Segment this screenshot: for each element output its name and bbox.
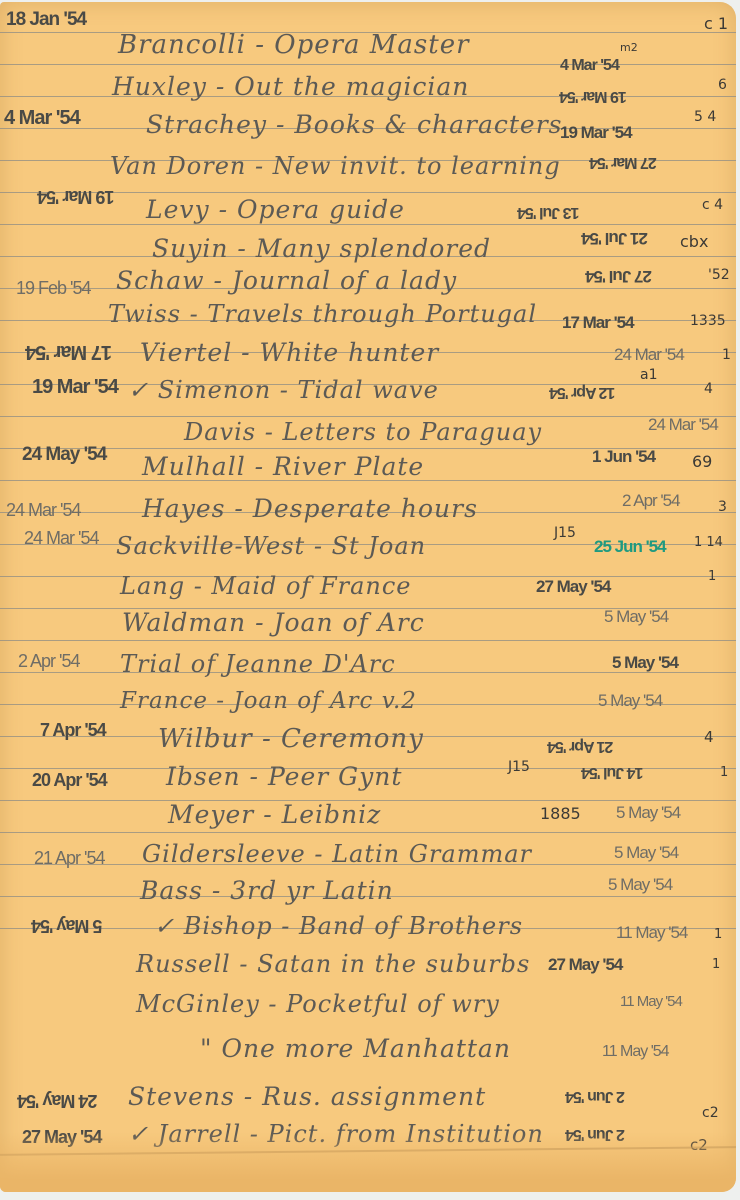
date-stamp: 25 Jun '54 — [594, 538, 666, 555]
ruled-line — [0, 640, 736, 641]
margin-note: 1 — [714, 928, 722, 941]
book-entry: Viertel - White hunter — [140, 340, 439, 365]
book-entry: Trial of Jeanne D'Arc — [120, 652, 396, 676]
date-stamp: 5 May '54 — [616, 804, 680, 821]
margin-note: 1 — [722, 348, 731, 362]
date-stamp: 11 May '54 — [616, 924, 687, 941]
book-entry: Russell - Satan in the suburbs — [136, 952, 530, 976]
date-stamp: 4 Mar '54 — [4, 108, 80, 128]
margin-note: cbx — [680, 234, 708, 250]
book-entry: Van Doren - New invit. to learning — [110, 154, 561, 178]
book-entry: Schaw - Journal of a lady — [116, 268, 457, 293]
date-stamp: 5 May '54 — [598, 692, 662, 709]
book-entry: Suyin - Many splendored — [152, 236, 491, 261]
date-stamp: 17 Mar '54 — [26, 342, 112, 362]
margin-note: c 1 — [704, 16, 728, 32]
book-entry: Gildersleeve - Latin Grammar — [142, 842, 532, 866]
margin-note: 1 14 — [694, 536, 723, 549]
date-stamp: 27 May '54 — [548, 956, 622, 973]
ruled-line — [0, 832, 736, 833]
book-entry: Ibsen - Peer Gynt — [166, 764, 402, 789]
date-stamp: 18 Jan '54 — [6, 10, 86, 29]
date-stamp: 24 Mar '54 — [24, 529, 98, 547]
date-stamp: 1 Jun '54 — [592, 448, 655, 465]
date-stamp: 11 May '54 — [602, 1044, 669, 1060]
margin-note: 5 4 — [694, 110, 716, 124]
margin-note: a1 — [640, 368, 658, 382]
book-entry: Wilbur - Ceremony — [158, 726, 424, 752]
date-stamp: 24 Mar '54 — [648, 416, 718, 433]
margin-note: 1 — [720, 766, 728, 779]
date-stamp: 27 May '54 — [536, 578, 610, 595]
date-stamp: 24 Mar '54 — [614, 346, 684, 363]
date-stamp: 12 Apr '54 — [550, 384, 615, 400]
margin-note: 1885 — [540, 806, 581, 822]
date-stamp: 21 Apr '54 — [34, 849, 105, 867]
date-stamp: 24 May '54 — [18, 1092, 97, 1110]
margin-note: 1 — [708, 570, 716, 583]
margin-note: 1 — [712, 958, 720, 971]
book-entry: McGinley - Pocketful of wry — [136, 992, 500, 1016]
date-stamp: 27 Jul '54 — [586, 268, 652, 285]
date-stamp: 19 Feb '54 — [16, 279, 91, 297]
margin-note: c 4 — [702, 198, 723, 212]
book-entry: France - Joan of Arc v.2 — [120, 690, 417, 713]
book-entry: Hayes - Desperate hours — [142, 496, 478, 521]
margin-note: J15 — [508, 760, 530, 774]
torn-edge — [0, 1146, 736, 1156]
margin-note: '52 — [708, 268, 730, 282]
date-stamp: 19 Mar '54 — [32, 377, 118, 397]
margin-note: 1335 — [690, 314, 726, 328]
date-stamp: 24 May '54 — [22, 445, 106, 464]
margin-note: J15 — [554, 526, 576, 540]
date-stamp: 5 May '54 — [604, 608, 668, 625]
date-stamp: 20 Apr '54 — [32, 771, 107, 789]
date-stamp: 19 Mar '54 — [560, 88, 627, 104]
margin-note: 69 — [692, 454, 712, 470]
book-entry: ✓ Bishop - Band of Brothers — [154, 914, 523, 938]
date-stamp: 21 Jul '54 — [582, 230, 648, 247]
book-entry: " One more Manhattan — [200, 1036, 511, 1061]
book-entry: Lang - Maid of France — [120, 574, 411, 598]
margin-note: 6 — [718, 78, 727, 92]
date-stamp: 19 Mar '54 — [38, 188, 114, 206]
book-entry: Stevens - Rus. assignment — [128, 1084, 486, 1109]
book-entry: Mulhall - River Plate — [142, 454, 424, 479]
date-stamp: 7 Apr '54 — [40, 721, 106, 739]
book-entry: Davis - Letters to Paraguay — [184, 420, 542, 444]
date-stamp: 17 Mar '54 — [562, 314, 634, 331]
date-stamp: 19 Mar '54 — [560, 124, 632, 141]
book-entry: ✓ Simenon - Tidal wave — [128, 378, 439, 402]
book-entry: Levy - Opera guide — [146, 197, 405, 222]
ruled-line — [0, 416, 736, 417]
date-stamp: 21 Apr '54 — [548, 738, 613, 754]
margin-note: m2 — [620, 42, 638, 53]
book-entry: Waldman - Joan of Arc — [122, 610, 425, 635]
margin-note: 4 — [704, 730, 714, 745]
book-entry: Sackville-West - St Joan — [116, 534, 426, 558]
date-stamp: 14 Jul '54 — [582, 764, 643, 780]
date-stamp: 24 Mar '54 — [6, 501, 80, 519]
book-entry: Strachey - Books & characters — [146, 112, 562, 137]
margin-note: 3 — [718, 500, 727, 514]
book-entry: Meyer - Leibniz — [168, 802, 381, 827]
date-stamp: 27 Mar '54 — [590, 154, 657, 170]
date-stamp: 2 Apr '54 — [622, 492, 680, 509]
date-stamp: 2 Jun '54 — [566, 1126, 625, 1142]
date-stamp: 11 May '54 — [620, 994, 682, 1009]
book-entry: Twiss - Travels through Portugal — [108, 302, 537, 326]
date-stamp: 5 May '54 — [614, 844, 678, 861]
ruled-line — [0, 64, 736, 65]
ruled-line — [0, 224, 736, 225]
date-stamp: 13 Jul '54 — [518, 204, 579, 220]
date-stamp: 27 May '54 — [22, 1128, 101, 1146]
date-stamp: 5 May '54 — [608, 876, 672, 893]
book-entry: Brancolli - Opera Master — [118, 32, 470, 58]
date-stamp: 5 May '54 — [612, 654, 678, 671]
book-entry: Bass - 3rd yr Latin — [140, 878, 394, 903]
book-entry: ✓ Jarrell - Pict. from Institution — [128, 1122, 544, 1146]
margin-note: 4 — [704, 382, 713, 396]
date-stamp: 4 Mar '54 — [560, 58, 619, 74]
date-stamp: 2 Apr '54 — [18, 652, 80, 670]
book-entry: Huxley - Out the magician — [112, 74, 469, 99]
date-stamp: 2 Jun '54 — [566, 1088, 625, 1104]
margin-note: c2 — [702, 1106, 719, 1120]
library-card: 18 Jan '544 Mar '5419 Mar '5419 Feb '541… — [0, 2, 736, 1192]
date-stamp: 5 May '54 — [32, 917, 102, 935]
margin-note: c2 — [690, 1138, 708, 1153]
